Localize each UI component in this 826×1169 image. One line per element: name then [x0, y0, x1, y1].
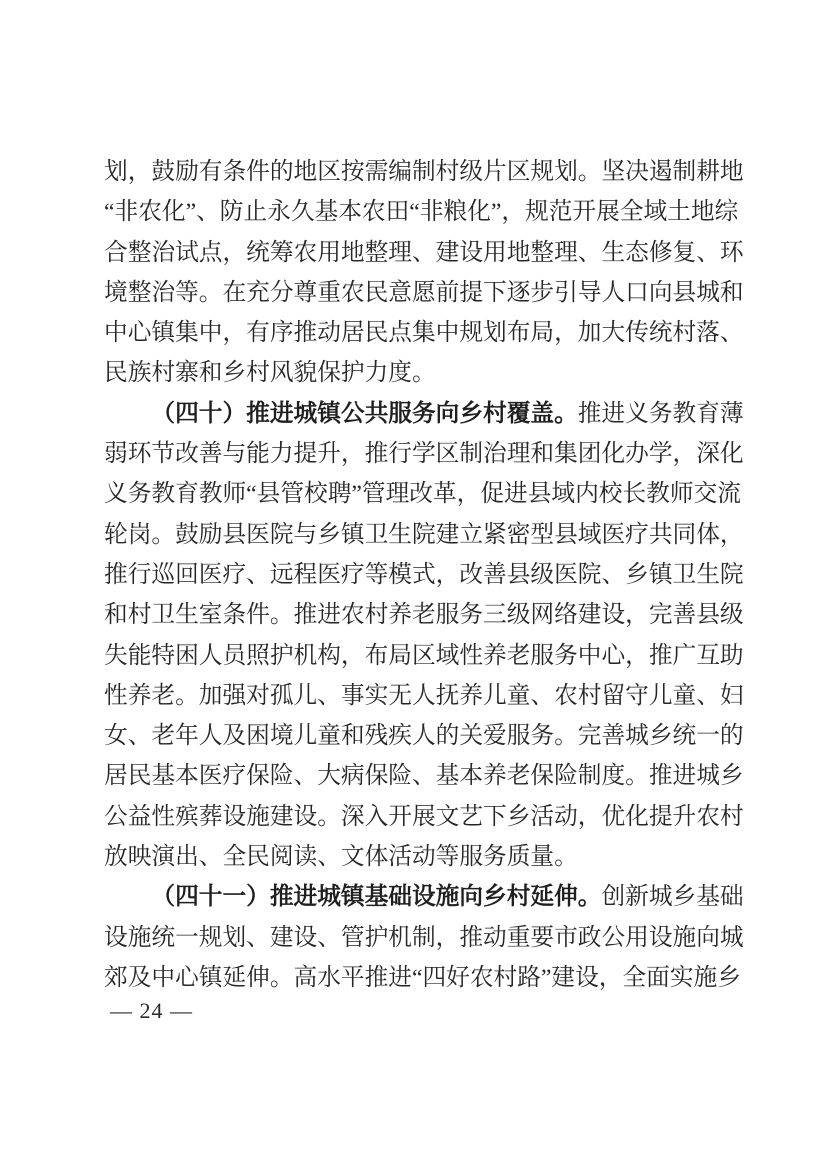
text-line: 合整治试点，统筹农用地整理、建设用地整理、生态修复、环: [104, 233, 744, 273]
section-heading: （四十）推进城镇公共服务向乡村覆盖。: [151, 401, 577, 427]
body-text: 公益性殡葬设施建设。深入开展文艺下乡活动，优化提升农村: [104, 804, 744, 830]
text-line: 义务教育教师“县管校聘”管理改革，促进县域内校长教师交流: [104, 474, 744, 514]
text-line: （四十）推进城镇公共服务向乡村覆盖。推进义务教育薄: [104, 394, 744, 434]
text-line: 失能特困人员照护机构，布局区域性养老服务中心，推广互助: [104, 636, 744, 676]
body-text: 性养老。加强对孤儿、事实无人抚养儿童、农村留守儿童、妇: [104, 683, 744, 709]
text-line: “非农化”、防止永久基本农田“非粮化”，规范开展全域土地综: [104, 192, 744, 232]
text-line: 轮岗。鼓励县医院与乡镇卫生院建立紧密型县域医疗共同体，: [104, 515, 744, 555]
text-line: 女、老年人及困境儿童和残疾人的关爱服务。完善城乡统一的: [104, 716, 744, 756]
text-line: 公益性殡葬设施建设。深入开展文艺下乡活动，优化提升农村: [104, 797, 744, 837]
body-text: 轮岗。鼓励县医院与乡镇卫生院建立紧密型县域医疗共同体，: [104, 522, 744, 548]
body-text: 弱环节改善与能力提升，推行学区制治理和集团化办学，深化: [104, 441, 744, 467]
body-text: 女、老年人及困境儿童和残疾人的关爱服务。完善城乡统一的: [104, 723, 744, 749]
body-text: 设施统一规划、建设、管护机制，推动重要市政公用设施向城: [104, 925, 744, 951]
document-page: 划，鼓励有条件的地区按需编制村级片区规划。坚决遏制耕地“非农化”、防止永久基本农…: [0, 0, 826, 1169]
body-text: 民族村寨和乡村风貌保护力度。: [104, 360, 436, 386]
section-heading: （四十一）推进城镇基础设施向乡村延伸。: [151, 884, 601, 910]
text-line: 设施统一规划、建设、管护机制，推动重要市政公用设施向城: [104, 918, 744, 958]
text-line: 居民基本医疗保险、大病保险、基本养老保险制度。推进城乡: [104, 756, 744, 796]
body-text: 居民基本医疗保险、大病保险、基本养老保险制度。推进城乡: [104, 763, 744, 789]
body-text: 推行巡回医疗、远程医疗等模式，改善县级医院、乡镇卫生院: [104, 562, 744, 588]
body-text: 划，鼓励有条件的地区按需编制村级片区规划。坚决遏制耕地: [104, 159, 744, 185]
text-line: 中心镇集中，有序推动居民点集中规划布局，加大传统村落、: [104, 313, 744, 353]
body-text: 中心镇集中，有序推动居民点集中规划布局，加大传统村落、: [104, 320, 744, 346]
body-text: 合整治试点，统筹农用地整理、建设用地整理、生态修复、环: [104, 240, 744, 266]
body-text: 义务教育教师“县管校聘”管理改革，促进县域内校长教师交流: [104, 481, 741, 507]
body-text: 推进义务教育薄: [578, 401, 744, 427]
body-text: 失能特困人员照护机构，布局区域性养老服务中心，推广互助: [104, 643, 744, 669]
body-text: “非农化”、防止永久基本农田“非粮化”，规范开展全域土地综: [104, 199, 738, 225]
document-body: 划，鼓励有条件的地区按需编制村级片区规划。坚决遏制耕地“非农化”、防止永久基本农…: [104, 152, 744, 998]
body-text: 和村卫生室条件。推进农村养老服务三级网络建设，完善县级: [104, 602, 744, 628]
text-line: 民族村寨和乡村风貌保护力度。: [104, 353, 744, 393]
text-line: 划，鼓励有条件的地区按需编制村级片区规划。坚决遏制耕地: [104, 152, 744, 192]
text-line: 郊及中心镇延伸。高水平推进“四好农村路”建设，全面实施乡: [104, 958, 744, 998]
text-line: 性养老。加强对孤儿、事实无人抚养儿童、农村留守儿童、妇: [104, 676, 744, 716]
text-line: 放映演出、全民阅读、文体活动等服务质量。: [104, 837, 744, 877]
text-line: 境整治等。在充分尊重农民意愿前提下逐步引导人口向县城和: [104, 273, 744, 313]
text-line: 和村卫生室条件。推进农村养老服务三级网络建设，完善县级: [104, 595, 744, 635]
page-number: — 24 —: [110, 999, 193, 1023]
text-line: （四十一）推进城镇基础设施向乡村延伸。创新城乡基础: [104, 877, 744, 917]
body-text: 放映演出、全民阅读、文体活动等服务质量。: [104, 844, 578, 870]
text-line: 推行巡回医疗、远程医疗等模式，改善县级医院、乡镇卫生院: [104, 555, 744, 595]
body-text: 境整治等。在充分尊重农民意愿前提下逐步引导人口向县城和: [104, 280, 744, 306]
body-text: 郊及中心镇延伸。高水平推进“四好农村路”建设，全面实施乡: [104, 965, 741, 991]
body-text: 创新城乡基础: [601, 884, 743, 910]
text-line: 弱环节改善与能力提升，推行学区制治理和集团化办学，深化: [104, 434, 744, 474]
